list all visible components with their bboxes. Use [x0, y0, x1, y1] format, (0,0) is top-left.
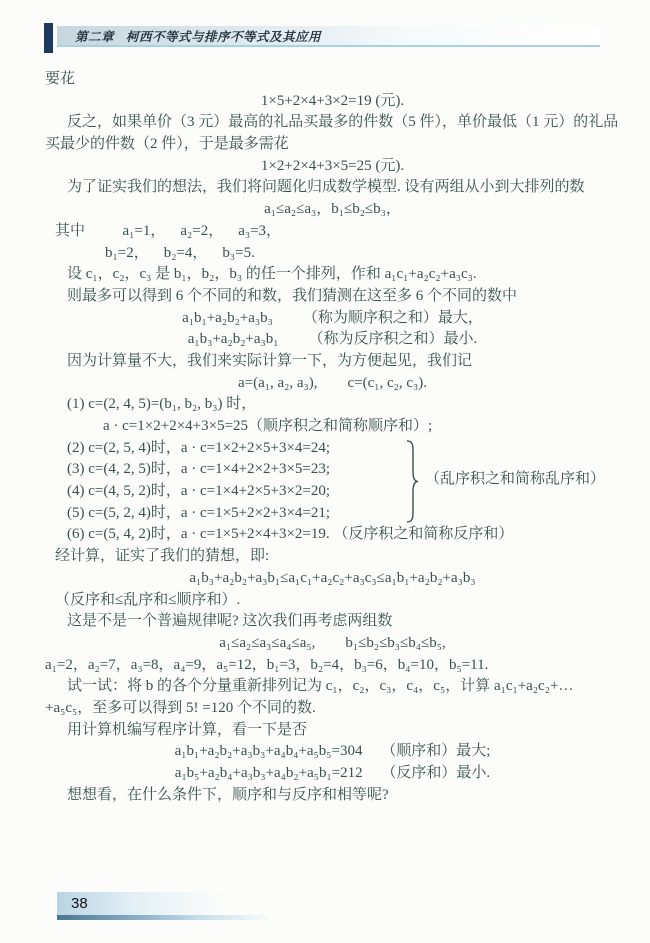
paragraph-line: 为了证实我们的想法，我们将问题化归成数学模型. 设有两组从小到大排列的数 [45, 177, 620, 199]
paragraph-line: 反之，如果单价（3 元）最高的礼品买最多的件数（5 件），单价最低（1 元）的礼… [45, 112, 620, 134]
formula-line: a₁≤a₂≤a₃，b₁≤b₂≤b₃， [45, 199, 620, 221]
paragraph-line: 经计算，证实了我们的猜想，即: [45, 546, 620, 568]
definition-line: b₁=2， b₂=4， b₃=5. [45, 243, 620, 265]
page-body: 要花 1×5+2×4+3×2=19 (元). 反之，如果单价（3 元）最高的礼品… [45, 69, 620, 806]
text-line: 买最少的件数（2 件），于是最多需花 [45, 134, 620, 156]
chapter-number: 第二章 [75, 27, 114, 45]
formula-line: a₁b₃+a₂b₂+a₃b₁ （称为反序积之和）最小. [45, 329, 620, 351]
page-number-box: 38 [57, 892, 232, 915]
formula-line: a₁b₁+a₂b₂+a₃b₃+a₄b₄+a₅b₅=304 （顺序和）最大; [45, 741, 620, 763]
page-number: 38 [57, 895, 88, 912]
chapter-header-band: 第二章 柯西不等式与排序不等式及其应用 [57, 26, 600, 47]
text-line: +a₅c₅，至多可以得到 5! =120 个不同的数. [45, 698, 620, 720]
formula-line: 1×2+2×4+3×5=25 (元). [45, 156, 620, 178]
paragraph-line: 想想看，在什么条件下，顺序和与反序和相等呢? [45, 785, 620, 807]
paragraph-line: 因为计算量不大，我们来实际计算一下，为方便起见，我们记 [45, 351, 620, 373]
formula-line: a=(a₁, a₂, a₃), c=(c₁, c₂, c₃). [45, 373, 620, 395]
list-item-line: (1) c=(2, 4, 5)=(b₁, b₂, b₃) 时， [45, 394, 620, 416]
chapter-title: 柯西不等式与排序不等式及其应用 [126, 27, 321, 45]
list-item-line: (2) c=(2, 5, 4)时，a · c=1×2+2×5+3×4=24; [45, 438, 620, 460]
paragraph-line: 则最多可以得到 6 个不同的和数，我们猜测在这至多 6 个不同的数中 [45, 286, 620, 308]
list-item-line: (5) c=(5, 2, 4)时，a · c=1×5+2×2+3×4=21; [45, 503, 620, 525]
chapter-marker-bar [44, 23, 53, 53]
formula-line: a₁b₅+a₂b₄+a₃b₃+a₄b₂+a₅b₁=212 （反序和）最小. [45, 763, 620, 785]
footer-decorative-bar [57, 915, 272, 920]
unordered-sum-group: (2) c=(2, 5, 4)时，a · c=1×2+2×5+3×4=24; (… [45, 438, 620, 525]
textbook-page: 第二章 柯西不等式与排序不等式及其应用 要花 1×5+2×4+3×2=19 (元… [0, 0, 650, 943]
formula-line: 1×5+2×4+3×2=19 (元). [45, 91, 620, 113]
brace-label: （乱序积之和简称乱序和） [425, 469, 605, 491]
paragraph-line: 设 c₁，c₂，c₃ 是 b₁，b₂，b₃ 的任一个排列，作和 a₁c₁+a₂c… [45, 264, 620, 286]
formula-line: a₁b₁+a₂b₂+a₃b₃ （称为顺序积之和）最大， [45, 308, 620, 330]
list-item-line: (6) c=(5, 4, 2)时，a · c=1×5+2×4+3×2=19. （… [45, 524, 620, 546]
formula-line: a₁=2，a₂=7，a₃=8，a₄=9，a₅=12，b₁=3，b₂=4，b₃=6… [45, 655, 620, 677]
text-line: 要花 [45, 69, 620, 91]
paragraph-line: 试一试：将 b 的各个分量重新排列记为 c₁，c₂，c₃，c₄，c₅，计算 a₁… [45, 676, 620, 698]
formula-line: a₁≤a₂≤a₃≤a₄≤a₅, b₁≤b₂≤b₃≤b₄≤b₅, [45, 633, 620, 655]
definition-line: 其中 a₁=1， a₂=2， a₃=3， [45, 221, 620, 243]
paragraph-line: 用计算机编写程序计算，看一下是否 [45, 720, 620, 742]
list-item-continuation: a · c=1×2+2×4+3×5=25（顺序积之和简称顺序和）; [45, 416, 620, 438]
grouping-brace-icon [405, 440, 419, 523]
formula-line: a₁b₃+a₂b₂+a₃b₁≤a₁c₁+a₂c₂+a₃c₃≤a₁b₁+a₂b₂+… [45, 568, 620, 590]
paragraph-line: 这是不是一个普遍规律呢? 这次我们再考虑两组数 [45, 611, 620, 633]
text-line: （反序和≤乱序和≤顺序和）. [45, 590, 620, 612]
